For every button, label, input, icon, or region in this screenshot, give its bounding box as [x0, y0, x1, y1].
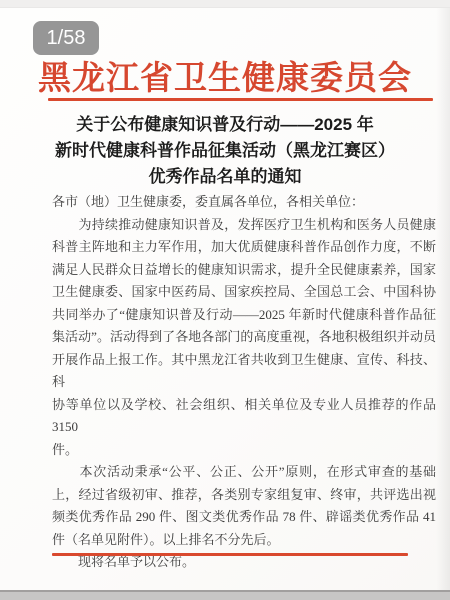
document-body: 各市（地）卫生健康委，委直属各单位，各相关单位： 为持续推动健康知识普及，发挥医… [52, 191, 436, 574]
body-line: 件。 [52, 439, 436, 462]
header-divider-line [48, 98, 433, 101]
title-line-2: 新时代健康科普作品征集活动（黑龙江赛区） [25, 138, 425, 164]
footer-divider-line [52, 553, 408, 556]
body-salutation: 各市（地）卫生健康委，委直属各单位，各相关单位： [52, 191, 436, 214]
body-line: 卫生健康委、国家中医药局、国家疾控局、全国总工会、中国科协 [52, 281, 436, 304]
body-line: 满足人民群众日益增长的健康知识需求，提升全民健康素养，国家 [52, 259, 436, 282]
body-line: 件（名单见附件）。以上排名不分先后。 [52, 529, 436, 552]
page-indicator-badge: 1/58 [33, 21, 99, 55]
title-line-1: 关于公布健康知识普及行动——2025 年 [25, 112, 425, 138]
document-page-photo[interactable]: 黑龙江省卫生健康委员会 关于公布健康知识普及行动——2025 年 新时代健康科普… [0, 8, 450, 592]
body-line: 频类优秀作品 290 件、图文类优秀作品 78 件、辟谣类优秀作品 41 [52, 506, 436, 529]
title-line-3: 优秀作品名单的通知 [25, 164, 425, 190]
body-line: 共同举办了“健康知识普及行动——2025 年新时代健康科普作品征 [52, 304, 436, 327]
body-line: 本次活动秉承“公平、公正、公开”原则，在形式审查的基础 [52, 461, 436, 484]
document-org-name: 黑龙江省卫生健康委员会 [0, 52, 450, 99]
body-line: 上，经过省级初审、推荐，各类别专家组复审、终审，共评选出视 [52, 484, 436, 507]
document-title: 关于公布健康知识普及行动——2025 年 新时代健康科普作品征集活动（黑龙江赛区… [25, 112, 425, 190]
body-line: 为持续推动健康知识普及，发挥医疗卫生机构和医务人员健康 [52, 214, 436, 237]
image-viewer-screen: 黑龙江省卫生健康委员会 关于公布健康知识普及行动——2025 年 新时代健康科普… [0, 0, 450, 600]
body-line: 协等单位以及学校、社会组织、相关单位及专业人员推荐的作品3150 [52, 394, 436, 439]
body-line: 开展作品上报工作。其中黑龙江省共收到卫生健康、宣传、科技、科 [52, 349, 436, 394]
viewer-top-strip [0, 0, 450, 8]
body-line: 集活动”。活动得到了各地各部门的高度重视，各地积极组织并动员 [52, 326, 436, 349]
body-line: 科普主阵地和主力军作用，加大优质健康科普作品创作力度，不断 [52, 236, 436, 259]
page-edge-shadow [436, 8, 450, 592]
viewer-bottom-bar [0, 590, 450, 600]
page-indicator-label: 1/58 [47, 27, 86, 49]
